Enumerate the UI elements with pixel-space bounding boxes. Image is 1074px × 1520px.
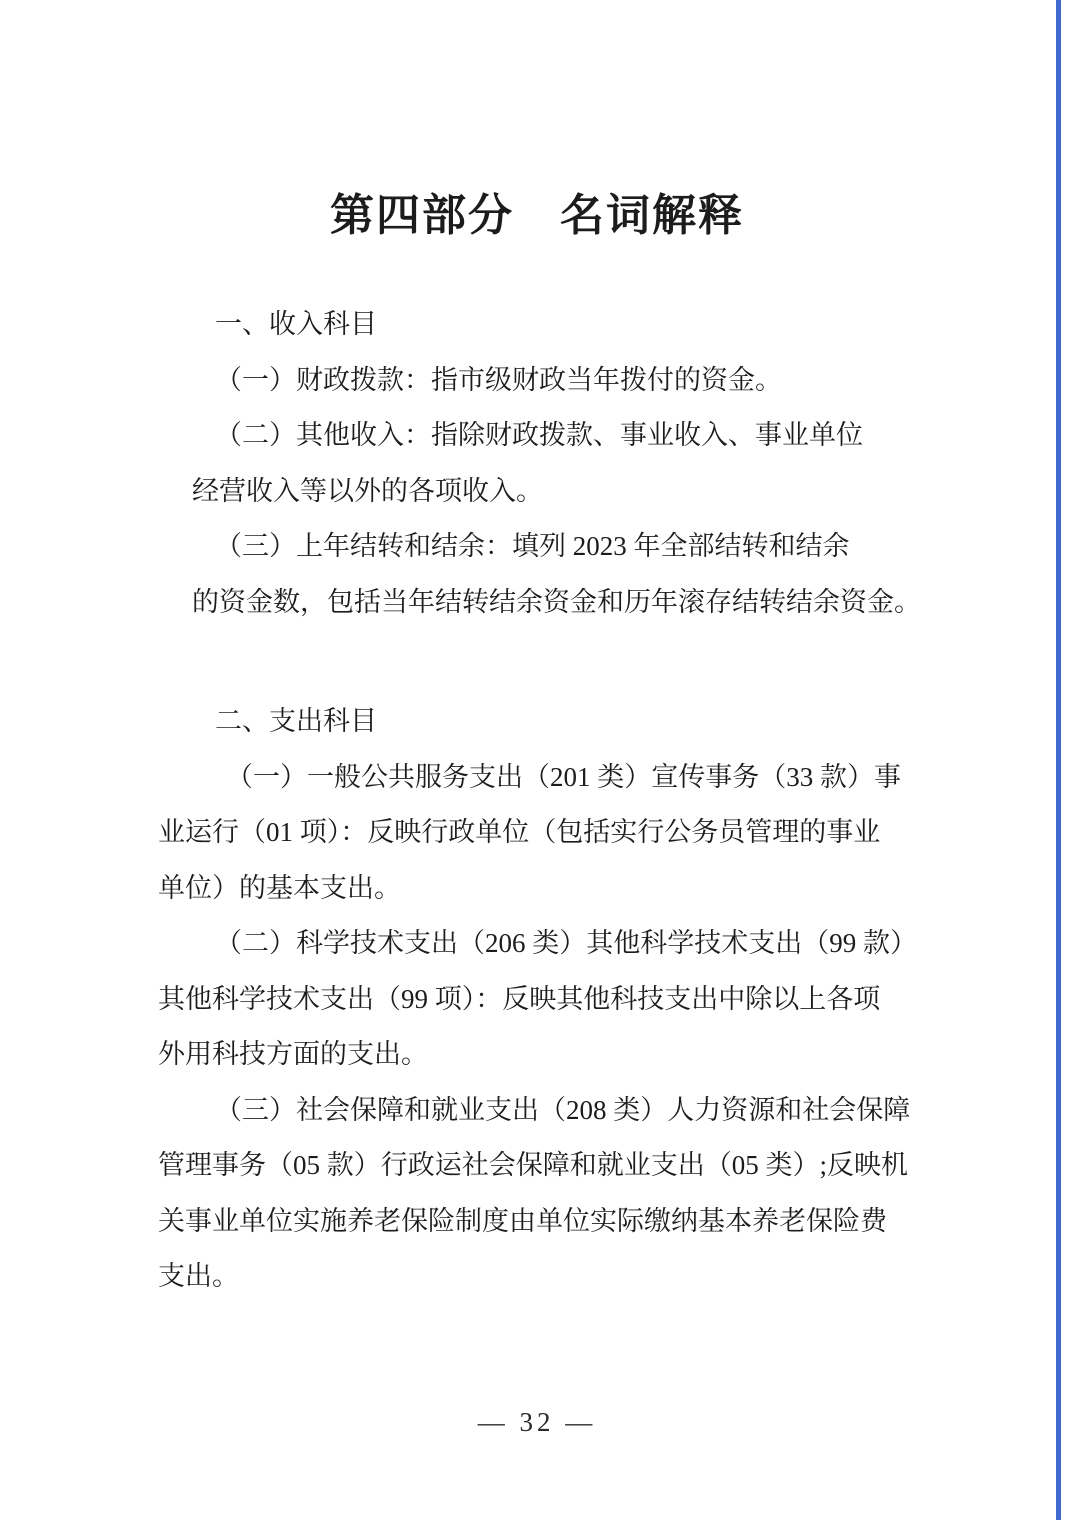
section-heading-expenditure: 二、支出科目 [215, 694, 954, 750]
paragraph-line: （三）上年结转和结余：填列 2023 年全部结转和结余 [215, 519, 954, 575]
document-body: 一、收入科目 （一）财政拨款：指市级财政当年拨付的资金。 （二）其他收入：指除财… [0, 297, 1074, 1305]
paragraph-line: 经营收入等以外的各项收入。 [192, 464, 954, 520]
paragraph-line: （二）其他收入：指除财政拨款、事业收入、事业单位 [215, 408, 954, 464]
paragraph-line: 管理事务（05 款）行政运社会保障和就业支出（05 类）;反映机 [158, 1138, 954, 1194]
document-page: 第四部分 名词解释 一、收入科目 （一）财政拨款：指市级财政当年拨付的资金。 （… [0, 0, 1074, 1520]
paragraph-line: 支出。 [158, 1249, 954, 1305]
document-title: 第四部分 名词解释 [0, 0, 1074, 246]
section-heading-income: 一、收入科目 [215, 297, 954, 353]
paragraph-line: 业运行（01 项）：反映行政单位（包括实行公务员管理的事业 [158, 805, 954, 861]
paragraph-line: 单位）的基本支出。 [158, 861, 954, 917]
paragraph-line: （一）财政拨款：指市级财政当年拨付的资金。 [215, 353, 954, 409]
paragraph-line: （三）社会保障和就业支出（208 类）人力资源和社会保障 [215, 1083, 954, 1139]
right-edge-stripe [1056, 0, 1061, 1520]
paragraph-line: 的资金数，包括当年结转结余资金和历年滚存结转结余资金。 [192, 575, 954, 631]
page-number: — 32 — [0, 1400, 1074, 1445]
paragraph-line: （二）科学技术支出（206 类）其他科学技术支出（99 款） [215, 916, 954, 972]
paragraph-line: 其他科学技术支出（99 项）：反映其他科技支出中除以上各项 [158, 972, 954, 1028]
paragraph-line: （一）一般公共服务支出（201 类）宣传事务（33 款）事 [226, 750, 954, 806]
paragraph-line: 关事业单位实施养老保险制度由单位实际缴纳基本养老保险费 [158, 1194, 954, 1250]
paragraph-line: 外用科技方面的支出。 [158, 1027, 954, 1083]
